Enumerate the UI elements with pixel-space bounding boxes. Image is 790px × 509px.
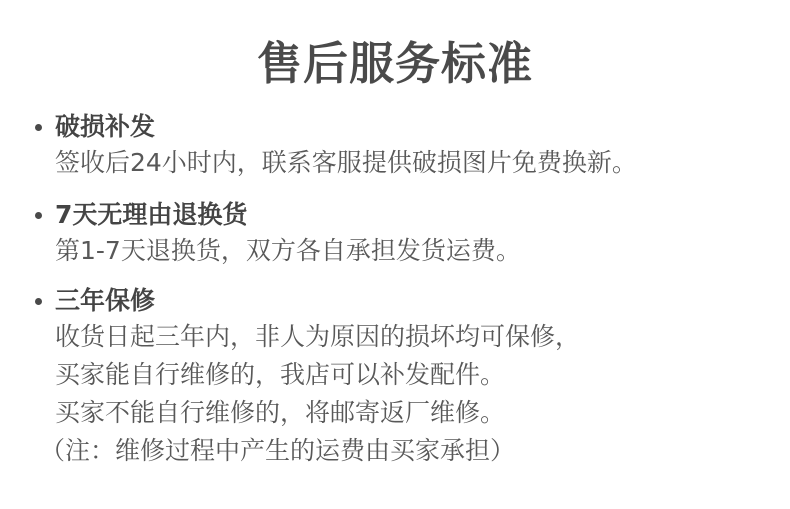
section-heading-row: 三年保修	[30, 284, 580, 318]
section-three-year-warranty: 三年保修 收货日起三年内，非人为原因的损坏均可保修， 买家能自行维修的，我店可以…	[30, 284, 580, 470]
section-damage-replacement: 破损补发 签收后24小时内，联系客服提供破损图片免费换新。	[30, 110, 637, 182]
bullet-dot-icon	[35, 212, 42, 219]
shipping-cost-note: （注：维修过程中产生的运费由买家承担）	[30, 432, 580, 470]
section-heading-row: 7天无理由退换货	[30, 198, 521, 232]
section-7day-return: 7天无理由退换货 第1-7天退换货，双方各自承担发货运费。	[30, 198, 521, 270]
page-title: 售后服务标准	[0, 34, 790, 94]
section-heading: 三年保修	[55, 284, 155, 318]
section-heading-row: 破损补发	[30, 110, 637, 144]
bullet-dot-icon	[35, 124, 42, 131]
bullet-dot-icon	[35, 298, 42, 305]
section-body-line: 买家不能自行维修的，将邮寄返厂维修。	[30, 394, 580, 432]
section-body-line: 签收后24小时内，联系客服提供破损图片免费换新。	[30, 144, 637, 182]
section-body-line: 买家能自行维修的，我店可以补发配件。	[30, 356, 580, 394]
section-body-line: 第1-7天退换货，双方各自承担发货运费。	[30, 232, 521, 270]
section-heading: 破损补发	[55, 110, 155, 144]
section-heading: 7天无理由退换货	[55, 198, 247, 232]
section-body-line: 收货日起三年内，非人为原因的损坏均可保修，	[30, 318, 580, 356]
